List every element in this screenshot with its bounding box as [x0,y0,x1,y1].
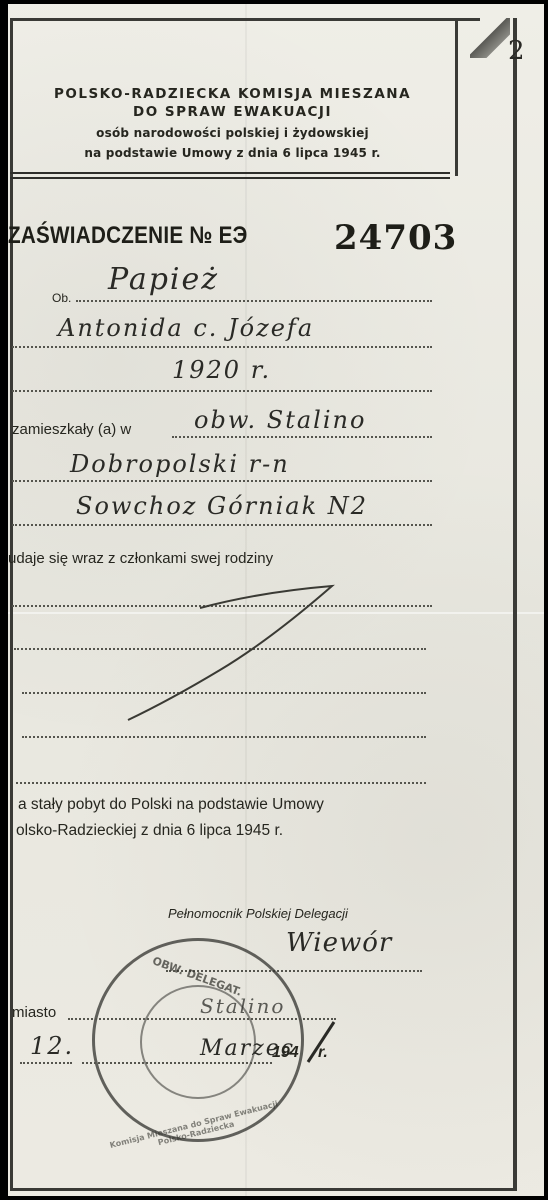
residence-line-3-rule [12,524,432,526]
city-label: miasto [12,1004,56,1021]
folded-corner [470,18,510,58]
birth-year-line [12,390,432,392]
date-day: 12. [30,1032,74,1060]
residence-line-1: obw. Stalino [194,406,366,434]
given-name: Antonida c. Józefa [58,314,314,342]
residence-line-1-rule [172,436,432,438]
header-line-3: osób narodowości polskiej i żydowskiej [10,126,455,140]
birth-year: 1920 r. [172,356,271,384]
year-digit-stroke [294,1018,344,1068]
citizen-prefix: Ob. [52,291,71,305]
header-line-2: DO SPRAW EWAKUACJI [10,104,455,120]
family-line-4 [22,736,426,738]
residence-label: zamieszkały (a) w [12,421,131,438]
purpose-line-2: olsko-Radzieckiej z dnia 6 lipca 1945 r. [16,822,283,840]
surname: Papież [108,262,219,297]
signatory-title: Pełnomocnik Polskiej Delegacji [168,906,348,921]
given-name-line [12,346,432,348]
cancellation-stroke [110,580,340,730]
header-rule-2 [10,177,450,179]
family-label: udaje się wraz z członkami swej rodziny [8,550,273,567]
residence-line-2-rule [12,480,432,482]
page-number-mark: 2 [508,36,525,66]
residence-line-3: Sowchoz Górniak N2 [76,492,368,520]
residence-line-2: Dobropolski r-n [70,450,290,478]
city-value: Stalino [200,994,285,1018]
certificate-number: 24703 [334,218,457,258]
header-line-4: na podstawie Umowy z dnia 6 lipca 1945 r… [10,146,455,160]
family-line-5 [16,782,426,784]
header-line-1: POLSKO-RADZIECKA KOMISJA MIESZANA [10,86,455,102]
purpose-line-1: a stały pobyt do Polski na podstawie Umo… [18,796,324,814]
surname-line [76,300,432,302]
signature: Wiewór [286,928,392,958]
date-day-line [20,1062,72,1064]
certificate-title: ZAŚWIADCZENIE № EЭ [8,222,248,250]
header-rule [10,172,450,174]
date-month-line [82,1062,272,1064]
